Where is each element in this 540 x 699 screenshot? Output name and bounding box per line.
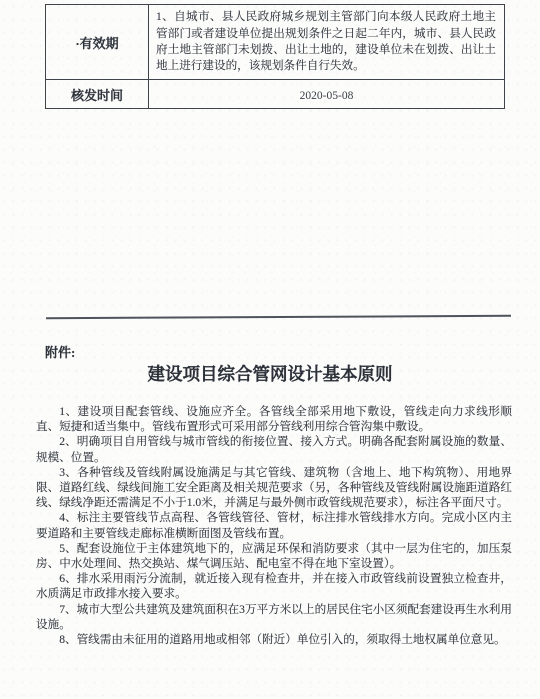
principle-paragraph: 3、各种管线及管线附属设施满足与其它管线、建筑物（含地上、地下构筑物）、用地界限…: [36, 465, 512, 511]
planning-conditions-table: ·有效期 1、自城市、县人民政府城乡规划主管部门向本级人民政府土地主管部门或者建…: [45, 4, 505, 109]
issue-date-value: 2020-05-08: [149, 80, 505, 109]
principle-paragraph: 6、排水采用雨污分流制，就近接入现有检查井，并在接入市政管线前设置独立检查井，水…: [36, 571, 512, 601]
principle-paragraph: 8、管线需由未征用的道路用地或相邻（附近）单位引入的，须取得土地权属单位意见。: [36, 632, 512, 647]
principle-paragraph: 1、建设项目配套管线、设施应齐全。各管线全部采用地下敷设，管线走向力求线形顺直、…: [36, 404, 512, 434]
principle-paragraph: 2、明确项目自用管线与城市管线的衔接位置、接入方式。明确各配套附属设施的数量、规…: [36, 434, 512, 464]
scanned-document-page: ·有效期 1、自城市、县人民政府城乡规划主管部门向本级人民政府土地主管部门或者建…: [0, 0, 540, 699]
principle-paragraph: 7、城市大型公共建筑及建筑面积在3万平方米以上的居民住宅小区须配套建设再生水利用…: [36, 602, 512, 632]
table-row: ·有效期 1、自城市、县人民政府城乡规划主管部门向本级人民政府土地主管部门或者建…: [46, 5, 505, 80]
horizontal-rule: [46, 315, 511, 319]
principle-paragraph: 4、标注主要管线节点高程、各管线管径、管材，标注排水管线排水方向。完成小区内主要…: [36, 510, 512, 540]
attachment-label: 附件:: [45, 342, 75, 361]
principles-body: 1、建设项目配套管线、设施应齐全。各管线全部采用地下敷设，管线走向力求线形顺直、…: [36, 404, 512, 647]
validity-period-text: 1、自城市、县人民政府城乡规划主管部门向本级人民政府土地主管部门或者建设单位提出…: [149, 5, 505, 80]
table-row: 核发时间 2020-05-08: [46, 80, 505, 109]
principle-paragraph: 5、配套设施位于主体建筑地下的，应满足环保和消防要求（其中一层为住宅的，加压泵房…: [36, 541, 512, 571]
validity-period-label: ·有效期: [46, 5, 149, 80]
issue-time-label: 核发时间: [46, 80, 149, 109]
document-title: 建设项目综合管网设计基本原则: [0, 361, 540, 386]
